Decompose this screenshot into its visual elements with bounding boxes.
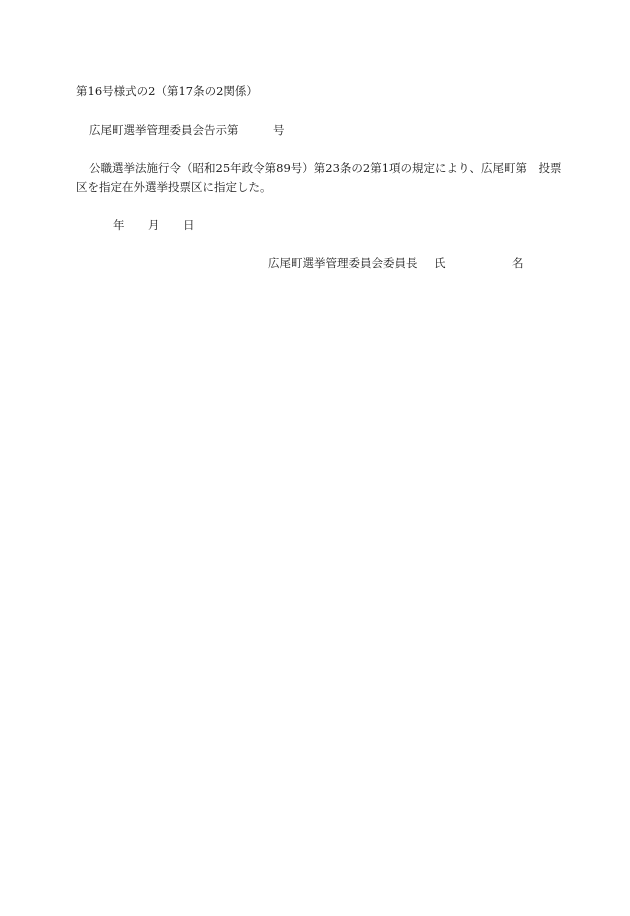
signature-title: 広尾町選挙管理委員会委員長 — [268, 256, 418, 270]
date-year-label: 年 — [113, 218, 125, 232]
signature-name-prefix: 氏 — [434, 256, 446, 270]
date-month-label: 月 — [148, 218, 160, 232]
notice-number: 広尾町選挙管理委員会告示第 号 — [89, 123, 285, 137]
body-text-line-1: 公職選挙法施行令（昭和25年政令第89号）第23条の2第1項の規定により、広尾町… — [89, 161, 562, 175]
signature-name-suffix: 名 — [512, 256, 524, 270]
form-title: 第16号様式の2（第17条の2関係） — [76, 84, 258, 98]
body-text-line-2: 区を指定在外選挙投票区に指定した。 — [76, 180, 272, 194]
date-day-label: 日 — [183, 218, 195, 232]
